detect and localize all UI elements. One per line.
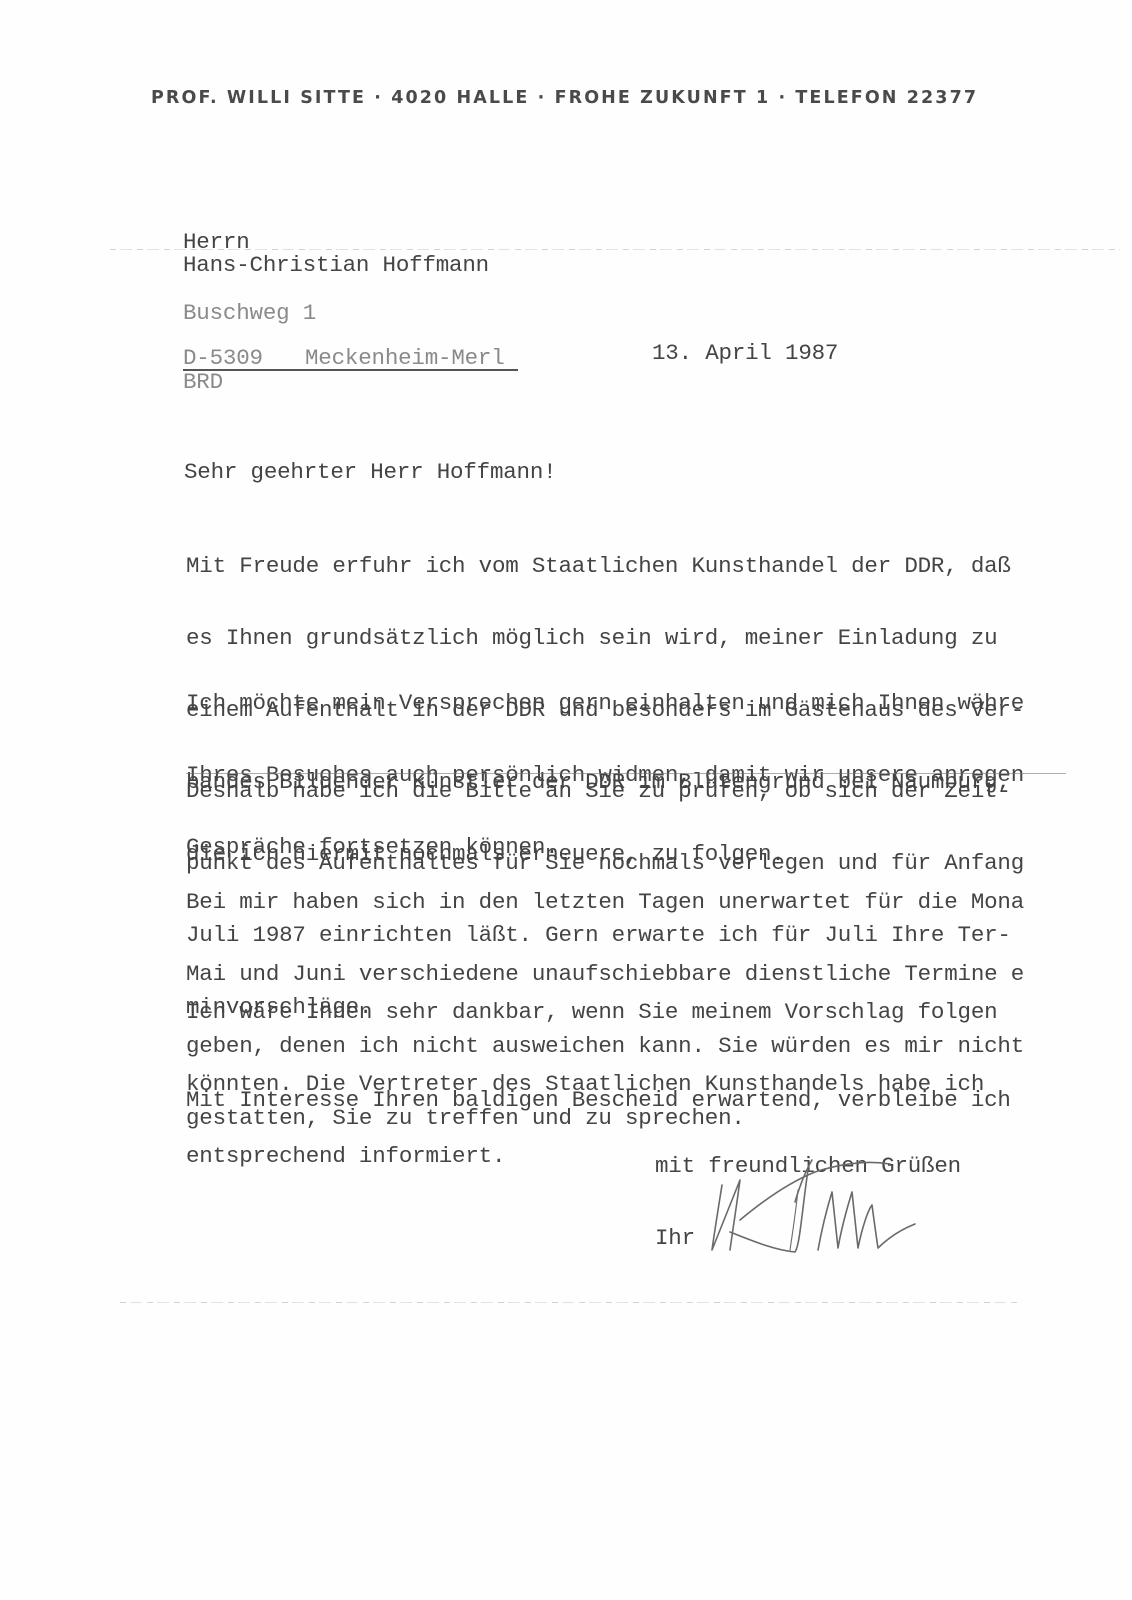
fold-line-bottom bbox=[120, 1302, 1020, 1303]
paragraph-line: Mit Freude erfuhr ich vom Staatlichen Ku… bbox=[186, 554, 1024, 578]
paragraph-line: Deshalb habe ich die Bitte an Sie zu prü… bbox=[186, 779, 1024, 803]
recipient-city: Meckenheim-Merl bbox=[305, 345, 505, 371]
handwritten-signature-icon bbox=[700, 1150, 930, 1260]
letterhead: PROF. WILLI SITTE · 4020 HALLE · FROHE Z… bbox=[151, 88, 978, 108]
recipient-street: Buschweg 1 bbox=[183, 300, 316, 326]
recipient-country: BRD bbox=[183, 369, 223, 395]
letter-date: 13. April 1987 bbox=[652, 340, 838, 366]
recipient-postcode: D-5309 bbox=[183, 345, 263, 371]
fold-line-top bbox=[110, 249, 1120, 250]
paragraph-line: Ich möchte mein Versprechen gern einhalt… bbox=[186, 691, 1024, 715]
strike-through-line bbox=[186, 773, 1066, 774]
paragraph-line: Ich wäre Ihnen sehr dankbar, wenn Sie me… bbox=[186, 1000, 997, 1024]
address-underline bbox=[183, 369, 518, 371]
recipient-name: Hans-Christian Hoffmann bbox=[183, 252, 489, 278]
paragraph-line: Bei mir haben sich in den letzten Tagen … bbox=[186, 890, 1024, 914]
letter-page: PROF. WILLI SITTE · 4020 HALLE · FROHE Z… bbox=[0, 0, 1132, 1600]
letter-greeting: Sehr geehrter Herr Hoffmann! bbox=[184, 459, 556, 485]
